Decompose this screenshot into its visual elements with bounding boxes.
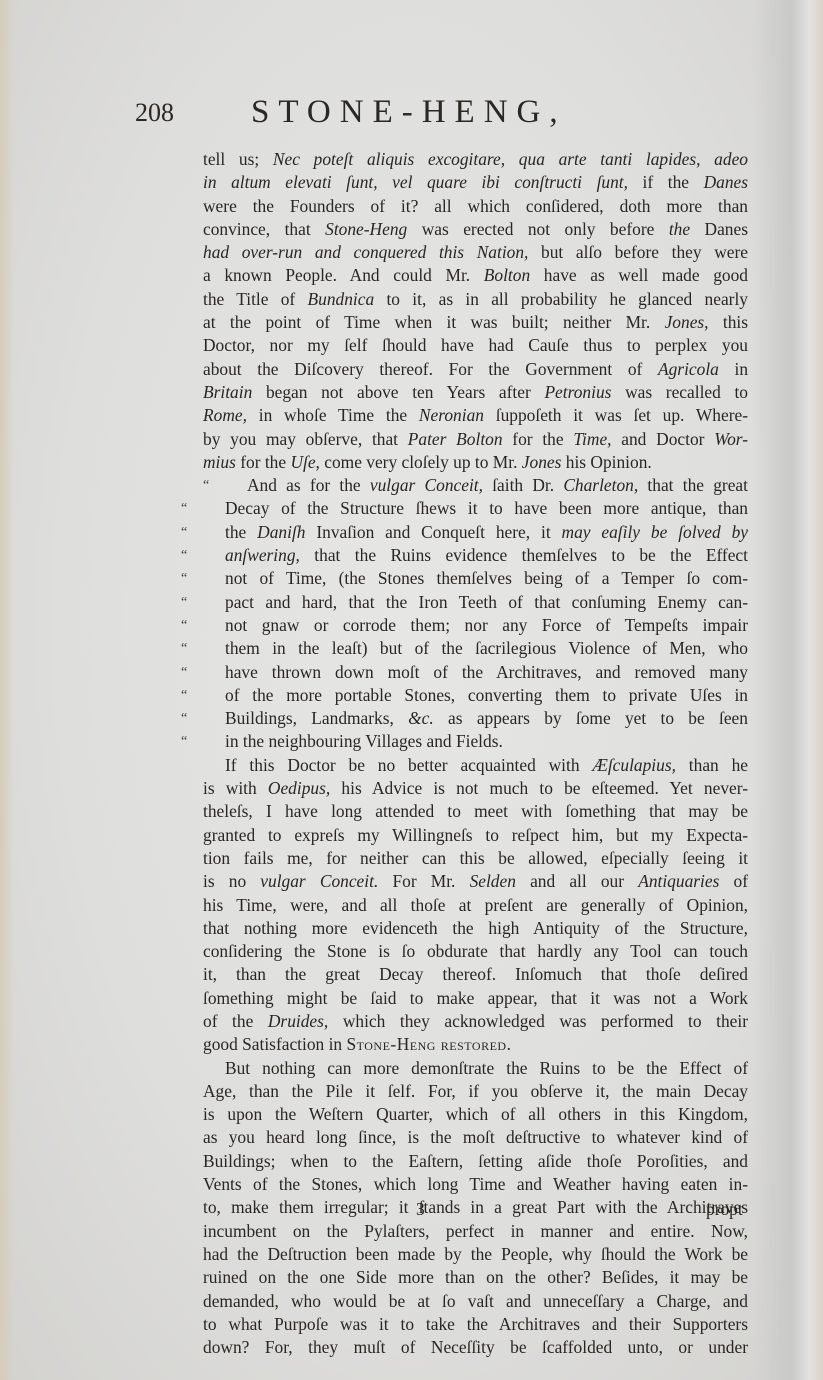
quoted-text-line: “not of Time, (the Stones themſelves bei… [203, 567, 748, 590]
roman-text: to, make them irregular; it ſtands in a … [203, 1197, 748, 1217]
roman-text: is upon the Weſtern Quarter, which of al… [203, 1104, 748, 1124]
roman-text: But nothing can more demonſtrate the Rui… [225, 1058, 748, 1078]
quoted-text-line: “And as for the vulgar Conceit, ſaith Dr… [203, 474, 748, 497]
roman-text: and all our [516, 871, 638, 891]
roman-text: have thrown down moſt of the Architraves… [225, 662, 748, 682]
italic-text: the [669, 219, 690, 239]
roman-text: tion fails me, for neither can this be a… [203, 848, 748, 868]
roman-text: ſomething might be ſaid to make appear, … [203, 988, 748, 1008]
text-line: is with Oedipus, his Advice is not much … [203, 777, 748, 800]
roman-text: by you may obſerve, that [203, 429, 408, 449]
roman-text: to it, as in all probability he glanced … [374, 289, 748, 309]
quotation-mark: “ [181, 567, 187, 590]
italic-text: mius [203, 452, 236, 472]
roman-text: down? For, they muſt of Neceſſity be ſca… [203, 1337, 748, 1357]
roman-text: of the more portable Stones, converting … [225, 685, 748, 705]
text-line: mius for the Uſe, come very cloſely up t… [203, 451, 748, 474]
text-line: that nothing more evidenceth the high An… [203, 917, 748, 940]
roman-text: as appears by ſome yet to be ſeen [434, 708, 748, 728]
roman-text: If this Doctor be no better acquainted w… [225, 755, 592, 775]
book-page: 208 STONE-HENG, tell us; Nec poteſt aliq… [0, 0, 823, 1380]
roman-text: the Title of [203, 289, 308, 309]
italic-text: Jones, [665, 312, 709, 332]
roman-text: Invaſion and Conqueſt here, it [305, 522, 561, 542]
page-edge-shadow [753, 0, 823, 1380]
roman-text: convince, that [203, 219, 325, 239]
roman-text: to what Purpoſe was it to take the Archi… [203, 1314, 748, 1334]
text-line: Buildings; when to the Eaſtern, ſetting … [203, 1150, 748, 1173]
roman-text: of the [203, 1011, 268, 1031]
catchword: propt [706, 1199, 743, 1220]
italic-text: Antiquaries [638, 871, 719, 891]
italic-text: had over-run and conquered this Nation, [203, 242, 528, 262]
quotation-mark: “ [181, 637, 187, 660]
running-title: STONE-HENG, [251, 94, 567, 131]
roman-text: Buildings; when to the Eaſtern, ſetting … [203, 1151, 748, 1171]
text-line: granted to expreſs my Willingneſs to reſ… [203, 824, 748, 847]
roman-text: in [719, 359, 748, 379]
quoted-text-line: “Buildings, Landmarks, &c. as appears by… [203, 707, 748, 730]
roman-text: is with [203, 778, 268, 798]
roman-text: but alſo before they were [528, 242, 748, 262]
roman-text: ruined on the one Side more than on the … [203, 1267, 748, 1287]
roman-text: about the Diſcovery thereof. For the Gov… [203, 359, 658, 379]
quotation-mark: “ [181, 521, 187, 544]
roman-text: that the great [638, 475, 748, 495]
roman-text: good Satisfaction in [203, 1034, 346, 1054]
text-line: in altum elevati ſunt, vel quare ibi con… [203, 171, 748, 194]
roman-text: was recalled to [611, 382, 748, 402]
roman-text: if the [628, 172, 704, 192]
roman-text: come very cloſely up to Mr. [320, 452, 522, 472]
text-line: at the point of Time when it was built; … [203, 311, 748, 334]
text-line: Vents of the Stones, which long Time and… [203, 1173, 748, 1196]
roman-text: a known People. And could Mr. [203, 265, 484, 285]
text-line: about the Diſcovery thereof. For the Gov… [203, 358, 748, 381]
roman-text: Decay of the Structure ſhews it to have … [225, 498, 748, 518]
roman-text: the [225, 522, 257, 542]
roman-text: ſaith Dr. [483, 475, 563, 495]
text-line: were the Founders of it? all which conſi… [203, 195, 748, 218]
roman-text: Age, than the Pile it ſelf. For, if you … [203, 1081, 748, 1101]
italic-text: Selden [470, 871, 516, 891]
italic-text: Druides, [268, 1011, 328, 1031]
quotation-mark: “ [181, 497, 187, 520]
italic-text: &c. [408, 708, 434, 728]
text-line: a known People. And could Mr. Bolton hav… [203, 264, 748, 287]
quoted-text-line: “anſwering, that the Ruins evidence them… [203, 544, 748, 567]
roman-text: began not above ten Years after [252, 382, 544, 402]
text-line: theleſs, I have long attended to meet wi… [203, 800, 748, 823]
text-line: Britain began not above ten Years after … [203, 381, 748, 404]
text-line: ſomething might be ſaid to make appear, … [203, 987, 748, 1010]
italic-text: Agricola [658, 359, 719, 379]
quotation-mark: “ [181, 707, 187, 730]
italic-text: Wor- [714, 429, 748, 449]
roman-text: was erected not only before [407, 219, 669, 239]
roman-text: Danes [690, 219, 748, 239]
roman-text: tell us; [203, 149, 273, 169]
italic-text: Danes [704, 172, 748, 192]
roman-text: Buildings, Landmarks, [225, 708, 408, 728]
roman-text: granted to expreſs my Willingneſs to reſ… [203, 825, 748, 845]
roman-text: theleſs, I have long attended to meet wi… [203, 801, 748, 821]
text-line: to, make them irregular; it ſtands in a … [203, 1196, 748, 1219]
roman-text: as you heard long ſince, is the moſt deſ… [203, 1127, 748, 1147]
italic-text: Uſe, [290, 452, 319, 472]
roman-text: and Doctor [612, 429, 715, 449]
roman-text: ſuppoſeth it was ſet up. Where- [484, 405, 748, 425]
italic-text: Daniſh [257, 522, 305, 542]
roman-text: in the neighbouring Villages and Fields. [225, 731, 503, 751]
quotation-mark: “ [181, 591, 187, 614]
text-line: Rome, in whoſe Time the Neronian ſuppoſe… [203, 404, 748, 427]
italic-text: anſwering, [225, 545, 300, 565]
text-line: But nothing can more demonſtrate the Rui… [203, 1057, 748, 1080]
quotation-mark: “ [181, 684, 187, 707]
italic-text: Nec poteſt aliquis excogitare, qua arte … [273, 149, 748, 169]
roman-text: And as for the [247, 475, 370, 495]
text-line: is upon the Weſtern Quarter, which of al… [203, 1103, 748, 1126]
text-line: demanded, who would be at ſo vaſt and un… [203, 1290, 748, 1313]
text-line: tion fails me, for neither can this be a… [203, 847, 748, 870]
quoted-text-line: “Decay of the Structure ſhews it to have… [203, 497, 748, 520]
text-line: Doctor, nor my ſelf ſhould have had Cauſ… [203, 334, 748, 357]
text-line: incumbent on the Pylaſters, perfect in m… [203, 1220, 748, 1243]
roman-text: had the Deſtruction been made by the Peo… [203, 1244, 748, 1264]
italic-text: Charleton, [563, 475, 638, 495]
quoted-text-line: “them in the leaſt) but of the ſacrilegi… [203, 637, 748, 660]
roman-text: not of Time, (the Stones themſelves bein… [225, 568, 748, 588]
roman-text: were the Founders of it? all which conſi… [203, 196, 748, 216]
roman-text: than he [676, 755, 748, 775]
roman-text: pact and hard, that the Iron Teeth of th… [225, 592, 748, 612]
roman-text: Vents of the Stones, which long Time and… [203, 1174, 748, 1194]
quoted-text-line: “of the more portable Stones, converting… [203, 684, 748, 707]
page-number: 208 [135, 98, 174, 128]
text-line: had over-run and conquered this Nation, … [203, 241, 748, 264]
text-line: If this Doctor be no better acquainted w… [203, 754, 748, 777]
roman-text: of [719, 871, 748, 891]
text-line: Age, than the Pile it ſelf. For, if you … [203, 1080, 748, 1103]
roman-text: for the [236, 452, 291, 472]
quotation-mark: “ [181, 544, 187, 567]
small-caps-text: Stone-Heng restored. [346, 1034, 511, 1054]
text-line: his Time, were, and all thoſe at preſent… [203, 894, 748, 917]
italic-text: Time, [573, 429, 611, 449]
italic-text: may eaſily be ſolved by [562, 522, 748, 542]
quotation-mark: “ [181, 730, 187, 753]
roman-text: For Mr. [378, 871, 469, 891]
italic-text: Oedipus, [268, 778, 330, 798]
roman-text: his Advice is not much to be eſteemed. Y… [330, 778, 748, 798]
roman-text: this [709, 312, 748, 332]
italic-text: Neronian [419, 405, 484, 425]
italic-text: Petronius [544, 382, 611, 402]
text-line: tell us; Nec poteſt aliquis excogitare, … [203, 148, 748, 171]
italic-text: Britain [203, 382, 252, 402]
text-line: it, than the great Decay thereof. Inſomu… [203, 963, 748, 986]
italic-text: Bolton [484, 265, 530, 285]
text-line: convince, that Stone-Heng was erected no… [203, 218, 748, 241]
quotation-mark: “ [181, 614, 187, 637]
roman-text: which they acknowledged was performed to… [328, 1011, 748, 1031]
italic-text: Rome, [203, 405, 247, 425]
roman-text: demanded, who would be at ſo vaſt and un… [203, 1291, 748, 1311]
roman-text: have as well made good [530, 265, 748, 285]
page-gutter-shadow [0, 0, 14, 1380]
quoted-text-line: “have thrown down moſt of the Architrave… [203, 661, 748, 684]
italic-text: Bundnica [308, 289, 375, 309]
quotation-mark: “ [181, 661, 187, 684]
text-line: ruined on the one Side more than on the … [203, 1266, 748, 1289]
roman-text: not gnaw or corrode them; nor any Force … [225, 615, 748, 635]
italic-text: Pater Bolton [408, 429, 503, 449]
quoted-text-line: “not gnaw or corrode them; nor any Force… [203, 614, 748, 637]
roman-text: incumbent on the Pylaſters, perfect in m… [203, 1221, 748, 1241]
roman-text: his Opinion. [561, 452, 651, 472]
roman-text: it, than the great Decay thereof. Inſomu… [203, 964, 748, 984]
italic-text: Stone-Heng [325, 219, 407, 239]
roman-text: conſidering the Stone is ſo obdurate tha… [203, 941, 748, 961]
text-line: as you heard long ſince, is the moſt deſ… [203, 1126, 748, 1149]
roman-text: them in the leaſt) but of the ſacrilegio… [225, 638, 748, 658]
italic-text: Jones [522, 452, 562, 472]
roman-text: in whoſe Time the [247, 405, 419, 425]
italic-text: in altum elevati ſunt, vel quare ibi con… [203, 172, 628, 192]
text-line: good Satisfaction in Stone-Heng restored… [203, 1033, 748, 1056]
quoted-text-line: “pact and hard, that the Iron Teeth of t… [203, 591, 748, 614]
text-line: to what Purpoſe was it to take the Archi… [203, 1313, 748, 1336]
roman-text: at the point of Time when it was built; … [203, 312, 665, 332]
text-line: of the Druides, which they acknowledged … [203, 1010, 748, 1033]
roman-text: Doctor, nor my ſelf ſhould have had Cauſ… [203, 335, 748, 355]
italic-text: Æſculapius, [592, 755, 676, 775]
italic-text: vulgar Conceit, [370, 475, 483, 495]
body-text: tell us; Nec poteſt aliquis excogitare, … [203, 148, 748, 1359]
text-line: by you may obſerve, that Pater Bolton fo… [203, 428, 748, 451]
text-line: had the Deſtruction been made by the Peo… [203, 1243, 748, 1266]
text-line: down? For, they muſt of Neceſſity be ſca… [203, 1336, 748, 1359]
text-line: is no vulgar Conceit. For Mr. Selden and… [203, 870, 748, 893]
quoted-text-line: “the Daniſh Invaſion and Conqueſt here, … [203, 521, 748, 544]
roman-text: is no [203, 871, 260, 891]
signature-mark: 3 [416, 1199, 425, 1220]
text-line: the Title of Bundnica to it, as in all p… [203, 288, 748, 311]
roman-text: that the Ruins evidence themſelves to be… [300, 545, 748, 565]
roman-text: his Time, were, and all thoſe at preſent… [203, 895, 748, 915]
roman-text: that nothing more evidenceth the high An… [203, 918, 748, 938]
roman-text: for the [503, 429, 574, 449]
quoted-text-line: “in the neighbouring Villages and Fields… [203, 730, 748, 753]
italic-text: vulgar Conceit. [260, 871, 378, 891]
text-line: conſidering the Stone is ſo obdurate tha… [203, 940, 748, 963]
quotation-mark: “ [203, 474, 209, 497]
